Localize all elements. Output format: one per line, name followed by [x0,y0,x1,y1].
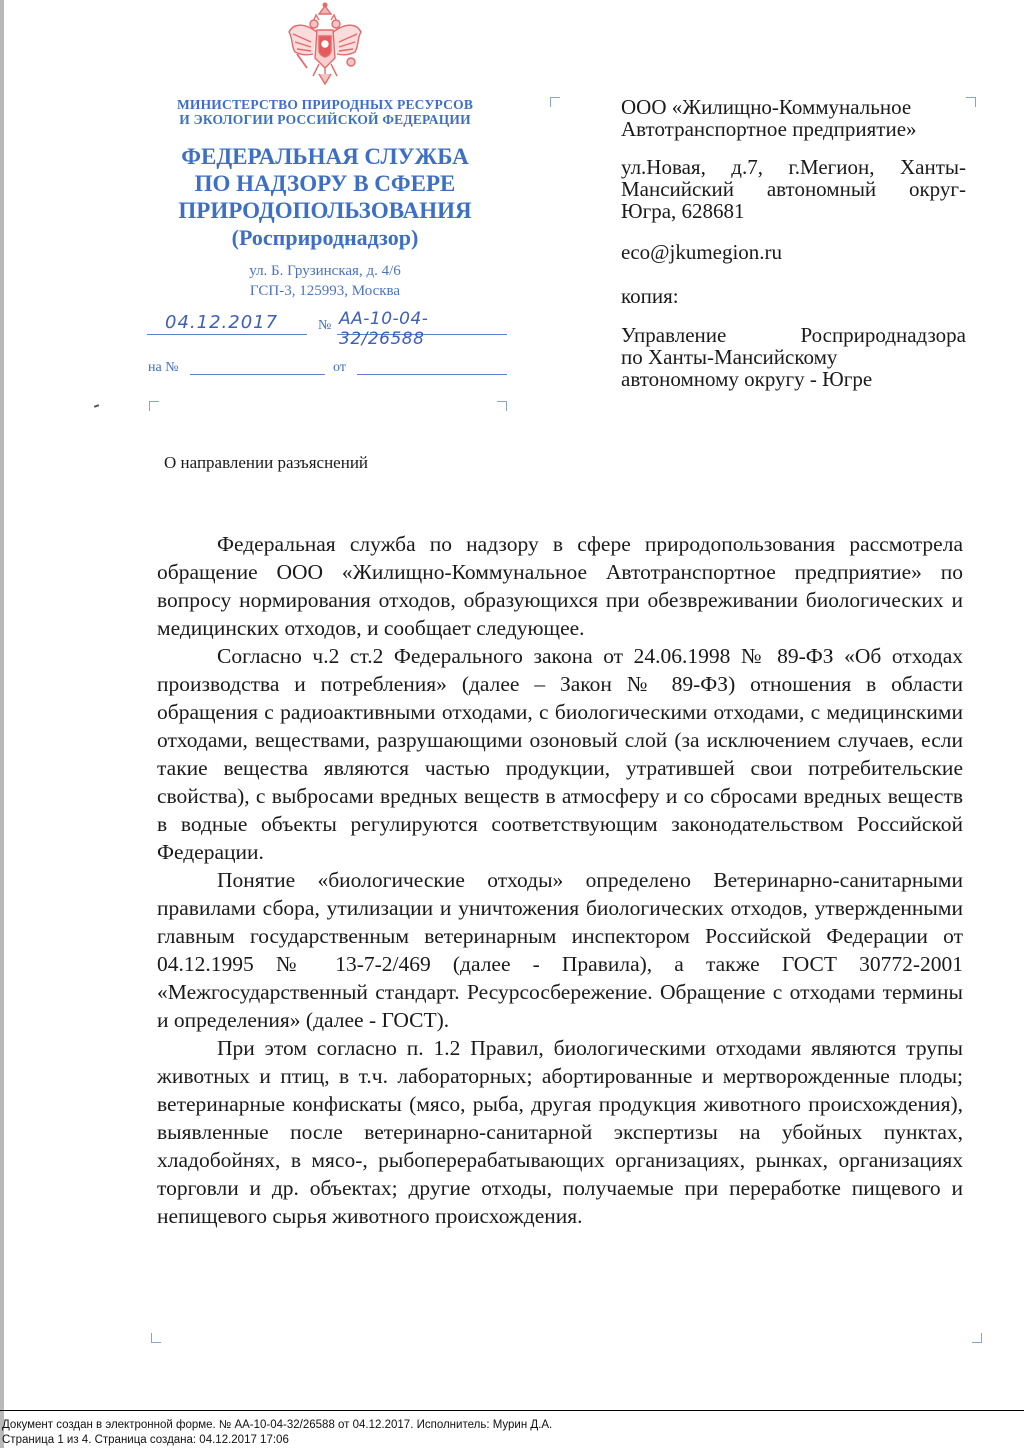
letter-body: Федеральная служба по надзору в сфере пр… [157,530,963,1230]
document-footer: Документ создан в электронной форме. № А… [2,1418,552,1448]
corner-mark [966,97,976,107]
addressee-organization: ООО «Жилищно-Коммунальное Автотранспортн… [621,96,966,140]
registration-date: 04.12.2017 [165,312,278,333]
service-name: ФЕДЕРАЛЬНАЯ СЛУЖБА ПО НАДЗОРУ В СФЕРЕ ПР… [140,143,510,251]
service-line-3: ПРИРОДОПОЛЬЗОВАНИЯ [140,197,510,224]
letterhead-address-line-2: ГСП-3, 125993, Москва [150,281,500,301]
copy-recipient-line-3: автономному округу - Югре [621,368,966,390]
addressee-address-line-3: Югра, 628681 [621,200,966,222]
corner-mark [149,401,159,411]
corner-mark [497,401,507,411]
addressee-email[interactable]: eco@jkumegion.ru [621,241,966,263]
from-date-line [357,374,507,375]
corner-mark [151,1333,161,1343]
page-scan-edge [0,0,4,1448]
letter-subject: О направлении разъяснений [164,453,368,473]
registration-date-field: 04.12.2017 [147,312,307,336]
copy-recipient: Управление Росприроднадзора по Ханты-Ман… [621,324,966,390]
copy-recipient-line-2: по Ханты-Мансийскому [621,346,966,368]
corner-mark [550,97,560,107]
addressee-org-line-2: Автотранспортное предприятие» [621,118,966,140]
footer-line-2: Страница 1 из 4. Страница создана: 04.12… [2,1433,552,1448]
addressee-address-line-1: ул.Новая, д.7, г.Мегион, Ханты- [621,156,966,178]
copy-recipient-line-1: Управление Росприроднадзора [621,324,966,346]
body-paragraph: Федеральная служба по надзору в сфере пр… [157,530,963,642]
service-short-name: (Росприроднадзор) [140,224,510,251]
ministry-name: МИНИСТЕРСТВО ПРИРОДНЫХ РЕСУРСОВ И ЭКОЛОГ… [150,97,500,127]
body-paragraph: Согласно ч.2 ст.2 Федерального закона от… [157,642,963,866]
letterhead-address-line-1: ул. Б. Грузинская, д. 4/6 [150,261,500,281]
footer-line-1: Документ создан в электронной форме. № А… [2,1418,552,1433]
number-label: № [318,318,331,334]
ministry-line-1: МИНИСТЕРСТВО ПРИРОДНЫХ РЕСУРСОВ [150,97,500,112]
registration-number: АА-10-04-32/26588 [339,309,507,349]
corner-mark [972,1333,982,1343]
service-line-2: ПО НАДЗОРУ В СФЕРЕ [140,170,510,197]
addressee-org-line-1: ООО «Жилищно-Коммунальное [621,96,966,118]
addressee-address-line-2: Мансийский автономный округ- [621,178,966,200]
reply-to-label: на № [148,360,179,376]
scan-artifact [94,404,99,408]
registration-number-field: АА-10-04-32/26588 [337,307,507,335]
coat-of-arms-icon [283,2,367,88]
reply-to-number-line [190,374,325,375]
service-line-1: ФЕДЕРАЛЬНАЯ СЛУЖБА [140,143,510,170]
copy-label: копия: [621,285,966,307]
from-label: от [333,360,346,376]
ministry-line-2: И ЭКОЛОГИИ РОССИЙСКОЙ ФЕДЕРАЦИИ [150,112,500,127]
body-paragraph: Понятие «биологические отходы» определен… [157,866,963,1034]
body-paragraph: При этом согласно п. 1.2 Правил, биологи… [157,1034,963,1230]
footer-divider [0,1410,1024,1411]
letterhead-address: ул. Б. Грузинская, д. 4/6 ГСП-3, 125993,… [150,261,500,301]
addressee-address: ул.Новая, д.7, г.Мегион, Ханты- Мансийск… [621,156,966,222]
